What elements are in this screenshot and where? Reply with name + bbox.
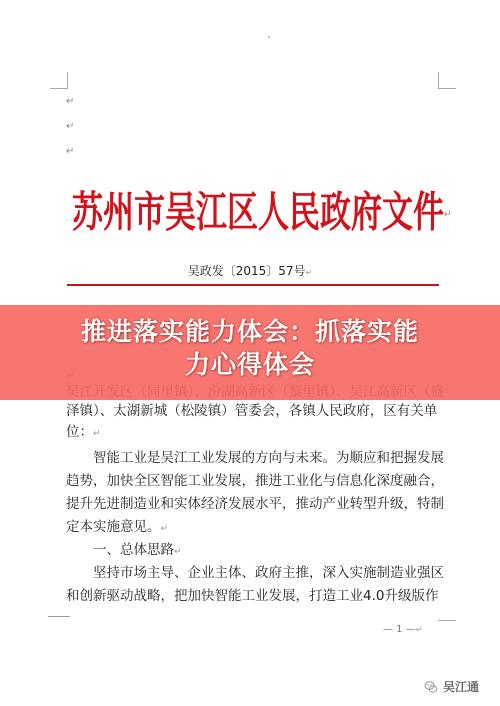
page-number-text: — 1 — [383,624,416,635]
watermark-label: 吴江通 [443,678,479,695]
intro-line: 智能工业是吴江工业发展的方向与未来。为顺应和把握发展 [93,449,444,467]
paragraph-mark-icon: ↵ [444,208,452,222]
addressee-line: 泽镇）、太湖新城（松陵镇）管委会，各镇人民政府，区有关单 [66,402,437,420]
header-title-text: 苏州市吴江区人民政府文件 [72,189,444,238]
crop-mark-top-right [438,72,456,89]
intro-line: 趋势，加快全区智能工业发展，推进工业化与信息化深度融合， [66,472,444,490]
paragraph-mark-icon: ↵ [306,268,313,277]
document-header-title: 苏州市吴江区人民政府文件↵ [72,178,432,239]
section-heading: 一、总体思路↵ [93,541,182,561]
source-watermark: 吴江通 [420,675,483,697]
paragraph-mark-icon: ↵ [416,625,423,634]
section-heading-text: 一、总体思路 [93,542,174,558]
article-title-line-1: 推进落实能力体会：抓落实能 [0,315,500,348]
document-number-text: 吴政发〔2015〕57号 [188,264,306,278]
document-number: 吴政发〔2015〕57号↵ [0,262,500,279]
article-title-banner: 推进落实能力体会：抓落实能 力心得体会 [0,305,500,400]
header-red-rule [67,284,439,286]
paragraph-mark-icon: ↵ [161,524,169,534]
wechat-official-account-icon [424,679,438,693]
crop-mark-bottom-right [438,620,456,621]
intro-line: 定本实施意见。↵ [66,518,168,538]
paragraph-mark-icon: ↵ [66,122,74,132]
crop-mark-top-left [50,72,68,89]
addressee-line: 位：↵ [66,423,101,443]
paragraph-mark-icon: ↵ [93,429,101,439]
header-center-mark [268,36,270,38]
section-line: 坚持市场主导、企业主体、政府主推，深入实施制造业强区 [93,564,444,582]
section-line: 和创新驱动战略，把加快智能工业发展，打造工业4.0升级版作 [66,587,438,605]
addressee-line-text: 位： [66,424,93,440]
intro-line-text: 定本实施意见。 [66,519,161,535]
paragraph-mark-icon: ↵ [66,147,74,157]
article-title-line-2: 力心得体会 [0,348,500,381]
paragraph-mark-icon: ↵ [174,547,182,557]
intro-line: 提升先进制造业和实体经济发展水平，推动产业转型升级，特制 [66,495,444,513]
crop-mark-bottom-left [48,616,70,617]
paragraph-mark-icon: ↵ [66,97,74,107]
page-number: — 1 —↵ [383,624,422,635]
article-title: 推进落实能力体会：抓落实能 力心得体会 [0,315,500,381]
